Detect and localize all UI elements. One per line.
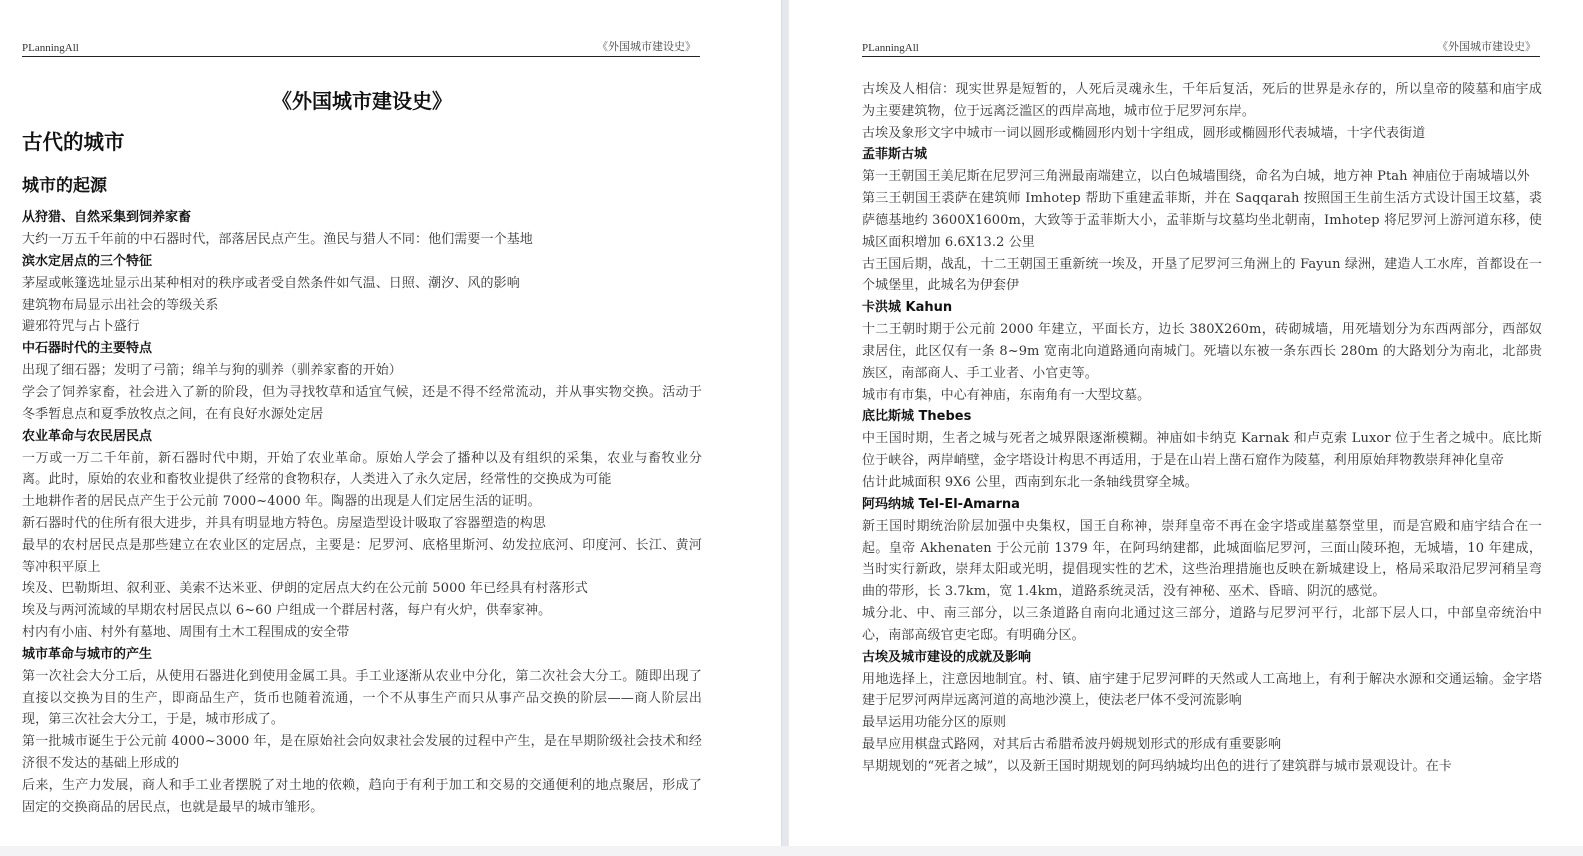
section-heading: 城市的起源	[22, 165, 702, 207]
paragraph: 一万或一万二千年前，新石器时代中期，开始了农业革命。原始人学会了播种以及有组织的…	[22, 448, 702, 492]
paragraph: 后来，生产力发展，商人和手工业者摆脱了对土地的依赖，趋向于有利于加工和交易的交通…	[22, 775, 702, 819]
subsection-heading: 孟菲斯古城	[862, 144, 1542, 166]
viewer-bottom-edge	[0, 846, 1583, 856]
page-header: PLanningAll 《外国城市建设史》	[862, 38, 1540, 57]
header-left-label: PLanningAll	[862, 42, 919, 54]
paragraph: 土地耕作者的居民点产生于公元前 7000~4000 年。陶器的出现是人们定居生活…	[22, 491, 702, 513]
paragraph: 大约一万五千年前的中石器时代，部落居民点产生。渔民与猎人不同：他们需要一个基地	[22, 229, 702, 251]
paragraph: 第一批城市诞生于公元前 4000~3000 年，是在原始社会向奴隶社会发展的过程…	[22, 731, 702, 775]
page-left: PLanningAll 《外国城市建设史》 《外国城市建设史》 古代的城市 城市…	[0, 0, 781, 846]
paragraph: 新王国时期统治阶层加强中央集权，国王自称神，崇拜皇帝不再在金字塔或崖墓祭堂里，而…	[862, 516, 1542, 603]
paragraph: 新石器时代的住所有很大进步，并具有明显地方特色。房屋造型设计吸取了容器塑造的构思	[22, 513, 702, 535]
page-right: PLanningAll 《外国城市建设史》 古埃及人相信：现实世界是短暂的，人死…	[789, 0, 1583, 846]
subsection-heading: 城市革命与城市的产生	[22, 644, 702, 666]
paragraph: 第三王朝国王裘萨在建筑师 Imhotep 帮助下重建孟菲斯，并在 Saqqara…	[862, 188, 1542, 253]
paragraph: 学会了饲养家畜，社会进入了新的阶段，但为寻找牧草和适宜气候，还是不得不经常流动，…	[22, 382, 702, 426]
page-content: 古埃及人相信：现实世界是短暂的，人死后灵魂永生，千年后复活，死后的世界是永存的，…	[862, 79, 1542, 778]
header-left-label: PLanningAll	[22, 42, 79, 54]
subsection-heading: 农业革命与农民居民点	[22, 426, 702, 448]
paragraph: 最早运用功能分区的原则	[862, 712, 1542, 734]
paragraph: 估计此城面积 9X6 公里，西南到东北一条轴线贯穿全城。	[862, 472, 1542, 494]
paragraph: 出现了细石器；发明了弓箭；绵羊与狗的驯养（驯养家畜的开始）	[22, 360, 702, 382]
left-body: 从狩猎、自然采集到饲养家畜大约一万五千年前的中石器时代，部落居民点产生。渔民与猎…	[22, 207, 702, 818]
subsection-heading: 滨水定居点的三个特征	[22, 251, 702, 273]
paragraph: 用地选择上，注意因地制宜。村、镇、庙宇建于尼罗河畔的天然或人工高地上，有利于解决…	[862, 669, 1542, 713]
paragraph: 城市有市集，中心有神庙，东南角有一大型坟墓。	[862, 385, 1542, 407]
paragraph: 第一次社会大分工后，从使用石器进化到使用金属工具。手工业逐渐从农业中分化，第二次…	[22, 666, 702, 731]
subsection-heading: 从狩猎、自然采集到饲养家畜	[22, 207, 702, 229]
subsection-heading: 中石器时代的主要特点	[22, 338, 702, 360]
subsection-heading: 古埃及城市建设的成就及影响	[862, 647, 1542, 669]
paragraph: 埃及、巴勒斯坦、叙利亚、美索不达米亚、伊朗的定居点大约在公元前 5000 年已经…	[22, 578, 702, 600]
paragraph: 古埃及人相信：现实世界是短暂的，人死后灵魂永生，千年后复活，死后的世界是永存的，…	[862, 79, 1542, 123]
document-title: 《外国城市建设史》	[22, 83, 702, 119]
paragraph: 早期规划的“死者之城”，以及新王国时期规划的阿玛纳城均出色的进行了建筑群与城市景…	[862, 756, 1542, 778]
paragraph: 避邪符咒与占卜盛行	[22, 316, 702, 338]
paragraph: 村内有小庙、村外有墓地、周围有土木工程围成的安全带	[22, 622, 702, 644]
chapter-heading: 古代的城市	[22, 119, 702, 165]
page-gutter	[781, 0, 789, 856]
subsection-heading: 底比斯城 Thebes	[862, 406, 1542, 428]
paragraph: 建筑物布局显示出社会的等级关系	[22, 295, 702, 317]
page-header: PLanningAll 《外国城市建设史》	[22, 38, 700, 57]
paragraph: 古王国后期，战乱，十二王朝国王重新统一埃及，开垦了尼罗河三角洲上的 Fayun …	[862, 254, 1542, 298]
paragraph: 第一王朝国王美尼斯在尼罗河三角洲最南端建立，以白色城墙围绕，命名为白城，地方神 …	[862, 166, 1542, 188]
paragraph: 最早应用棋盘式路网，对其后古希腊希波丹姆规划形式的形成有重要影响	[862, 734, 1542, 756]
paragraph: 埃及与两河流域的早期农村居民点以 6~60 户组成一个群居村落，每户有火炉，供奉…	[22, 600, 702, 622]
page-content: 《外国城市建设史》 古代的城市 城市的起源 从狩猎、自然采集到饲养家畜大约一万五…	[22, 80, 702, 818]
header-right-label: 《外国城市建设史》	[597, 38, 696, 54]
document-viewer: PLanningAll 《外国城市建设史》 《外国城市建设史》 古代的城市 城市…	[0, 0, 1583, 856]
paragraph: 最早的农村居民点是那些建立在农业区的定居点，主要是：尼罗河、底格里斯河、幼发拉底…	[22, 535, 702, 579]
paragraph: 十二王朝时期于公元前 2000 年建立，平面长方，边长 380X260m，砖砌城…	[862, 319, 1542, 384]
paragraph: 城分北、中、南三部分，以三条道路自南向北通过这三部分，道路与尼罗河平行，北部下层…	[862, 603, 1542, 647]
paragraph: 古埃及象形文字中城市一词以圆形或椭圆形内划十字组成，圆形或椭圆形代表城墙，十字代…	[862, 123, 1542, 145]
right-body: 古埃及人相信：现实世界是短暂的，人死后灵魂永生，千年后复活，死后的世界是永存的，…	[862, 79, 1542, 778]
header-right-label: 《外国城市建设史》	[1437, 38, 1536, 54]
subsection-heading: 阿玛纳城 Tel-El-Amarna	[862, 494, 1542, 516]
subsection-heading: 卡洪城 Kahun	[862, 297, 1542, 319]
paragraph: 中王国时期，生者之城与死者之城界限逐渐模糊。神庙如卡纳克 Karnak 和卢克索…	[862, 428, 1542, 472]
paragraph: 茅屋或帐篷选址显示出某种相对的秩序或者受自然条件如气温、日照、潮汐、风的影响	[22, 273, 702, 295]
